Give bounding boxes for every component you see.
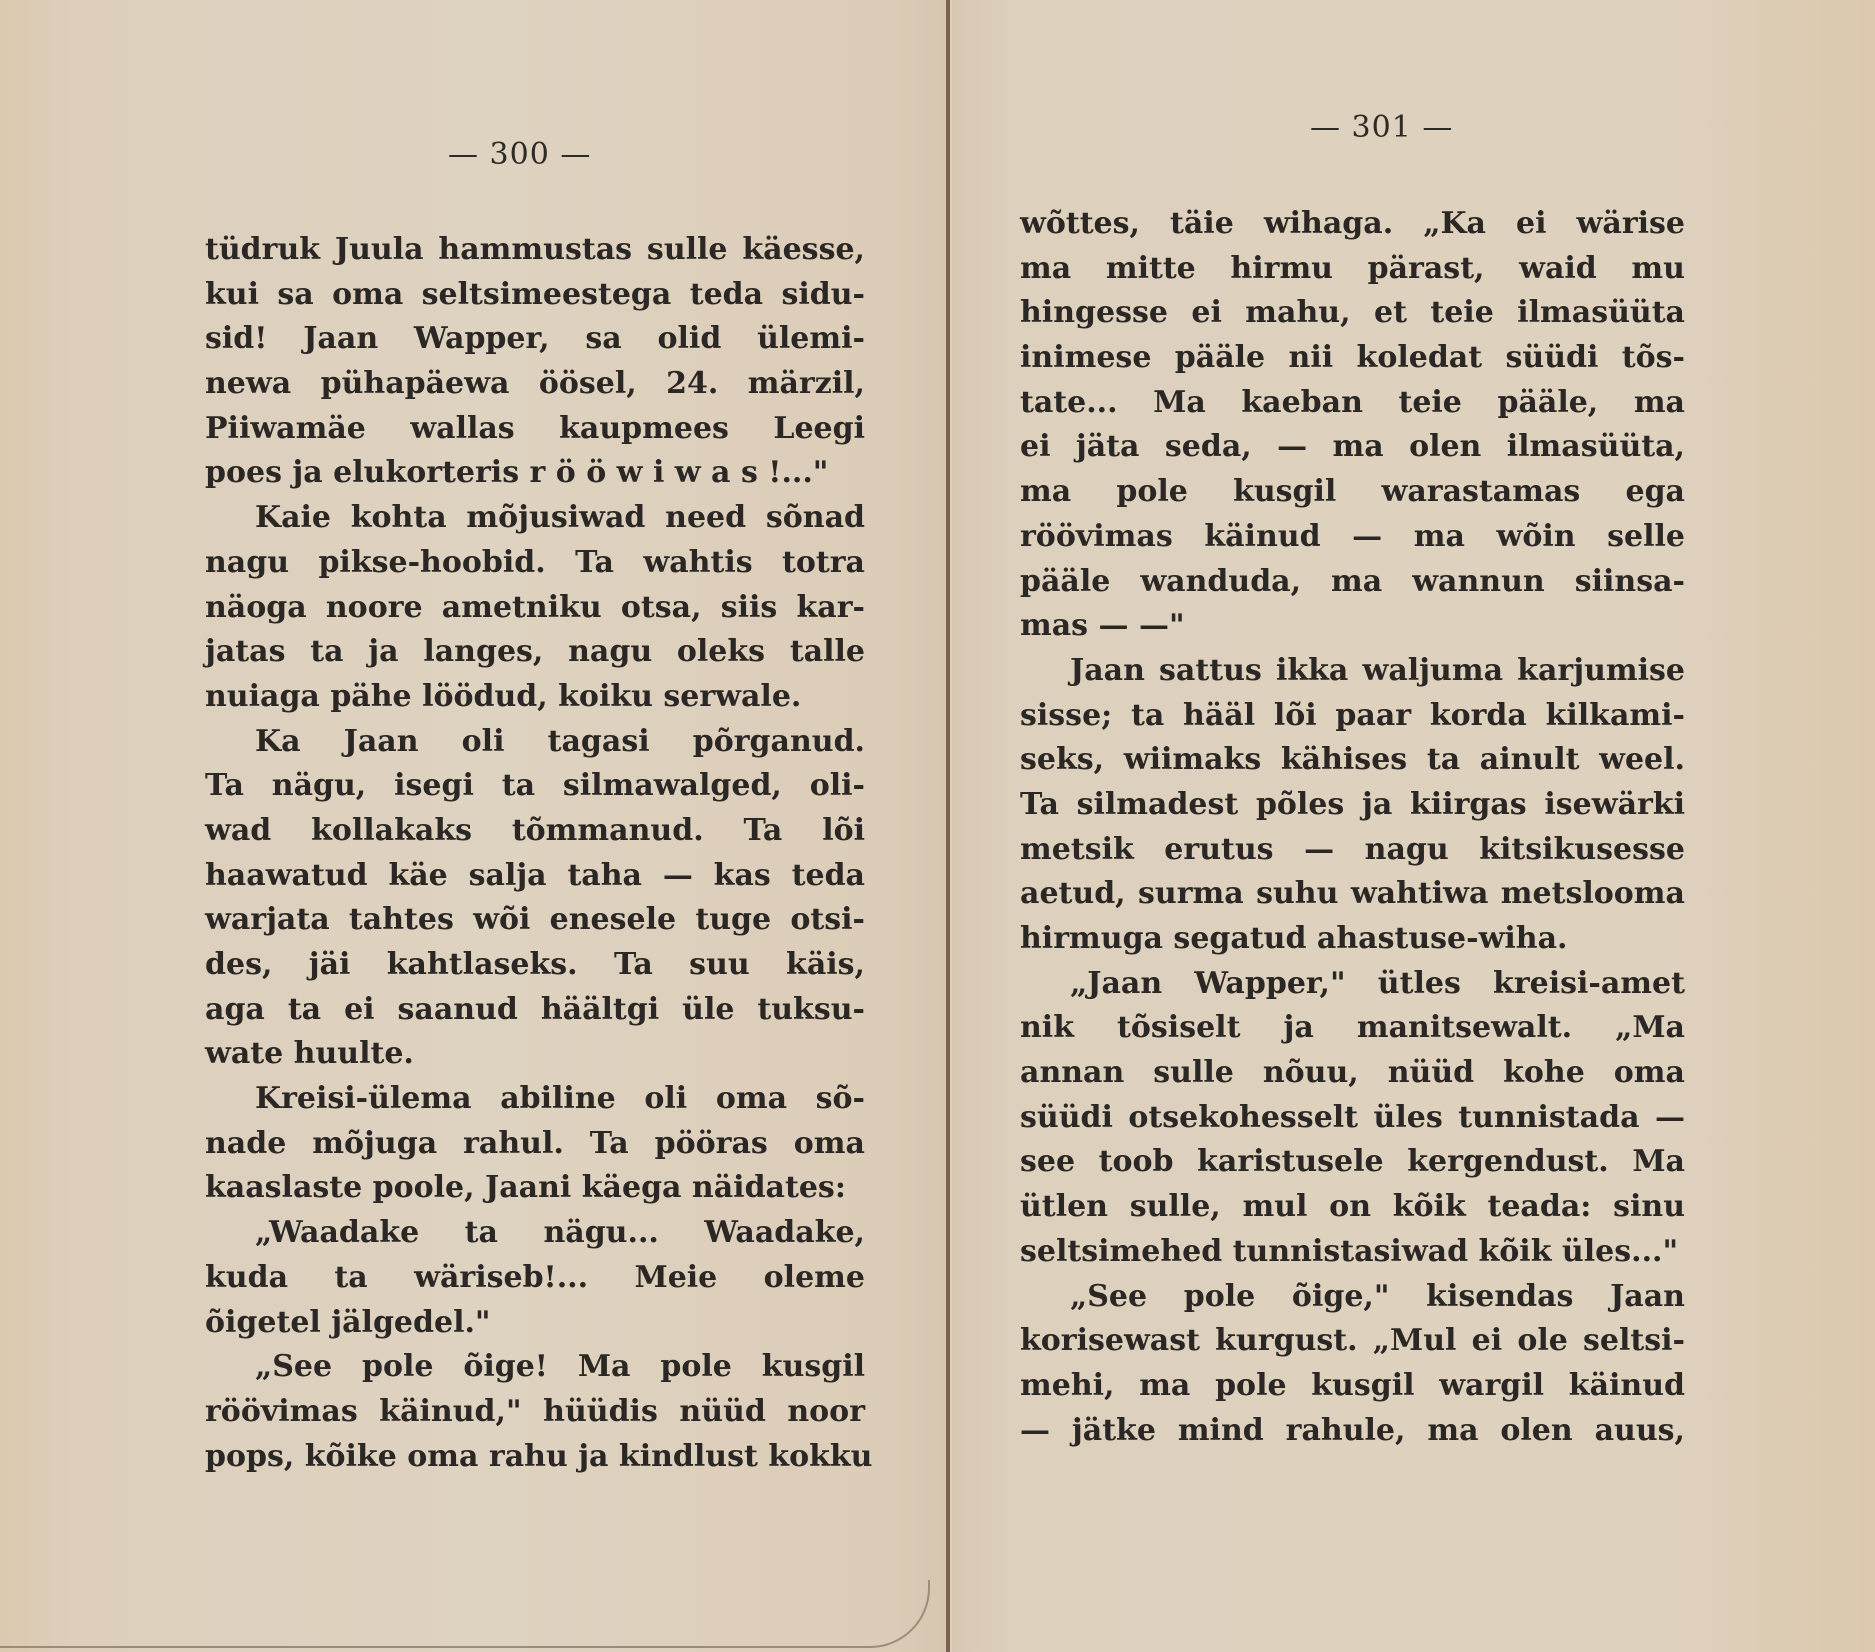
- text-line: — jätke mind rahule, ma olen auus,: [1020, 1409, 1685, 1454]
- text-line: nuiaga pähe löödud, koiku serwale.: [205, 675, 865, 720]
- text-line: newa pühapäewa öösel, 24. märzil,: [205, 362, 865, 407]
- right-page: — 301 — wõttes, täie wihaga. „Ka ei wäri…: [952, 0, 1875, 1652]
- text-line: Kreisi-ülema abiline oli oma sõ-: [205, 1077, 865, 1122]
- text-line: näoga noore ametniku otsa, siis kar-: [205, 586, 865, 631]
- text-line: pops, kõike oma rahu ja kindlust kokku: [205, 1435, 865, 1480]
- page-edge-curl: [0, 1580, 930, 1648]
- text-line: mas — —": [1020, 604, 1685, 649]
- text-line: „See pole õige! Ma pole kusgil: [205, 1345, 865, 1390]
- text-line: röövimas käinud — ma wõin selle: [1020, 515, 1685, 560]
- text-line: aetud, surma suhu wahtiwa metslooma: [1020, 872, 1685, 917]
- text-line: kuda ta wäriseb!... Meie oleme: [205, 1256, 865, 1301]
- text-line: warjata tahtes wõi enesele tuge otsi-: [205, 898, 865, 943]
- text-line: ei jäta seda, — ma olen ilmasüüta,: [1020, 425, 1685, 470]
- text-line: kaaslaste poole, Jaani käega näidates:: [205, 1166, 865, 1211]
- text-line: seks, wiimaks kähises ta ainult weel.: [1020, 738, 1685, 783]
- right-page-text: wõttes, täie wihaga. „Ka ei wärisema mit…: [1020, 202, 1685, 1453]
- text-line: hingesse ei mahu, et teie ilmasüüta: [1020, 291, 1685, 336]
- text-line: tüdruk Juula hammustas sulle käesse,: [205, 228, 865, 273]
- text-line: sisse; ta hääl lõi paar korda kilkami-: [1020, 694, 1685, 739]
- text-line: Ta nägu, isegi ta silmawalged, oli-: [205, 764, 865, 809]
- text-line: nade mõjuga rahul. Ta pööras oma: [205, 1122, 865, 1167]
- text-line: wõttes, täie wihaga. „Ka ei wärise: [1020, 202, 1685, 247]
- text-line: „Jaan Wapper," ütles kreisi-amet: [1020, 962, 1685, 1007]
- text-line: „See pole õige," kisendas Jaan: [1020, 1275, 1685, 1320]
- text-line: Kaie kohta mõjusiwad need sõnad: [205, 496, 865, 541]
- text-line: see toob karistusele kergendust. Ma: [1020, 1140, 1685, 1185]
- text-line: aga ta ei saanud häältgi üle tuksu-: [205, 988, 865, 1033]
- text-line: Piiwamäe wallas kaupmees Leegi: [205, 407, 865, 452]
- text-line: süüdi otsekohesselt üles tunnistada —: [1020, 1096, 1685, 1141]
- text-line: tate... Ma kaeban teie pääle, ma: [1020, 381, 1685, 426]
- page-number-right: — 301 —: [1310, 110, 1453, 145]
- text-line: „Waadake ta nägu... Waadake,: [205, 1211, 865, 1256]
- text-line: mehi, ma pole kusgil wargil käinud: [1020, 1364, 1685, 1409]
- text-line: Ta silmadest põles ja kiirgas isewärki: [1020, 783, 1685, 828]
- left-page: — 300 — tüdruk Juula hammustas sulle käe…: [0, 0, 948, 1652]
- text-line: nik tõsiselt ja manitsewalt. „Ma: [1020, 1006, 1685, 1051]
- text-line: metsik erutus — nagu kitsikusesse: [1020, 828, 1685, 873]
- book-spine-gutter: [946, 0, 950, 1652]
- left-page-text: tüdruk Juula hammustas sulle käesse,kui …: [205, 228, 865, 1479]
- page-number-left: — 300 —: [448, 137, 591, 172]
- text-line: nagu pikse-hoobid. Ta wahtis totra: [205, 541, 865, 586]
- text-line: ütlen sulle, mul on kõik teada: sinu: [1020, 1185, 1685, 1230]
- text-line: pääle wanduda, ma wannun siinsa-: [1020, 560, 1685, 605]
- text-line: seltsimehed tunnistasiwad kõik üles...": [1020, 1230, 1685, 1275]
- text-line: annan sulle nõuu, nüüd kohe oma: [1020, 1051, 1685, 1096]
- text-line: wate huulte.: [205, 1032, 865, 1077]
- text-line: sid! Jaan Wapper, sa olid ülemi-: [205, 317, 865, 362]
- text-line: hirmuga segatud ahastuse-wiha.: [1020, 917, 1685, 962]
- text-line: jatas ta ja langes, nagu oleks talle: [205, 630, 865, 675]
- text-line: des, jäi kahtlaseks. Ta suu käis,: [205, 943, 865, 988]
- text-line: ma mitte hirmu pärast, waid mu: [1020, 247, 1685, 292]
- text-line: haawatud käe salja taha — kas teda: [205, 854, 865, 899]
- text-line: inimese pääle nii koledat süüdi tõs-: [1020, 336, 1685, 381]
- text-line: poes ja elukorteris r ö ö w i w a s !...…: [205, 451, 865, 496]
- text-line: wad kollakaks tõmmanud. Ta lõi: [205, 809, 865, 854]
- book-spread: — 300 — tüdruk Juula hammustas sulle käe…: [0, 0, 1875, 1652]
- text-line: Jaan sattus ikka waljuma karjumise: [1020, 649, 1685, 694]
- text-line: röövimas käinud," hüüdis nüüd noor: [205, 1390, 865, 1435]
- text-line: kui sa oma seltsimeestega teda sidu-: [205, 273, 865, 318]
- text-line: õigetel jälgedel.": [205, 1301, 865, 1346]
- text-line: korisewast kurgust. „Mul ei ole seltsi-: [1020, 1319, 1685, 1364]
- text-line: ma pole kusgil warastamas ega: [1020, 470, 1685, 515]
- text-line: Ka Jaan oli tagasi põrganud.: [205, 720, 865, 765]
